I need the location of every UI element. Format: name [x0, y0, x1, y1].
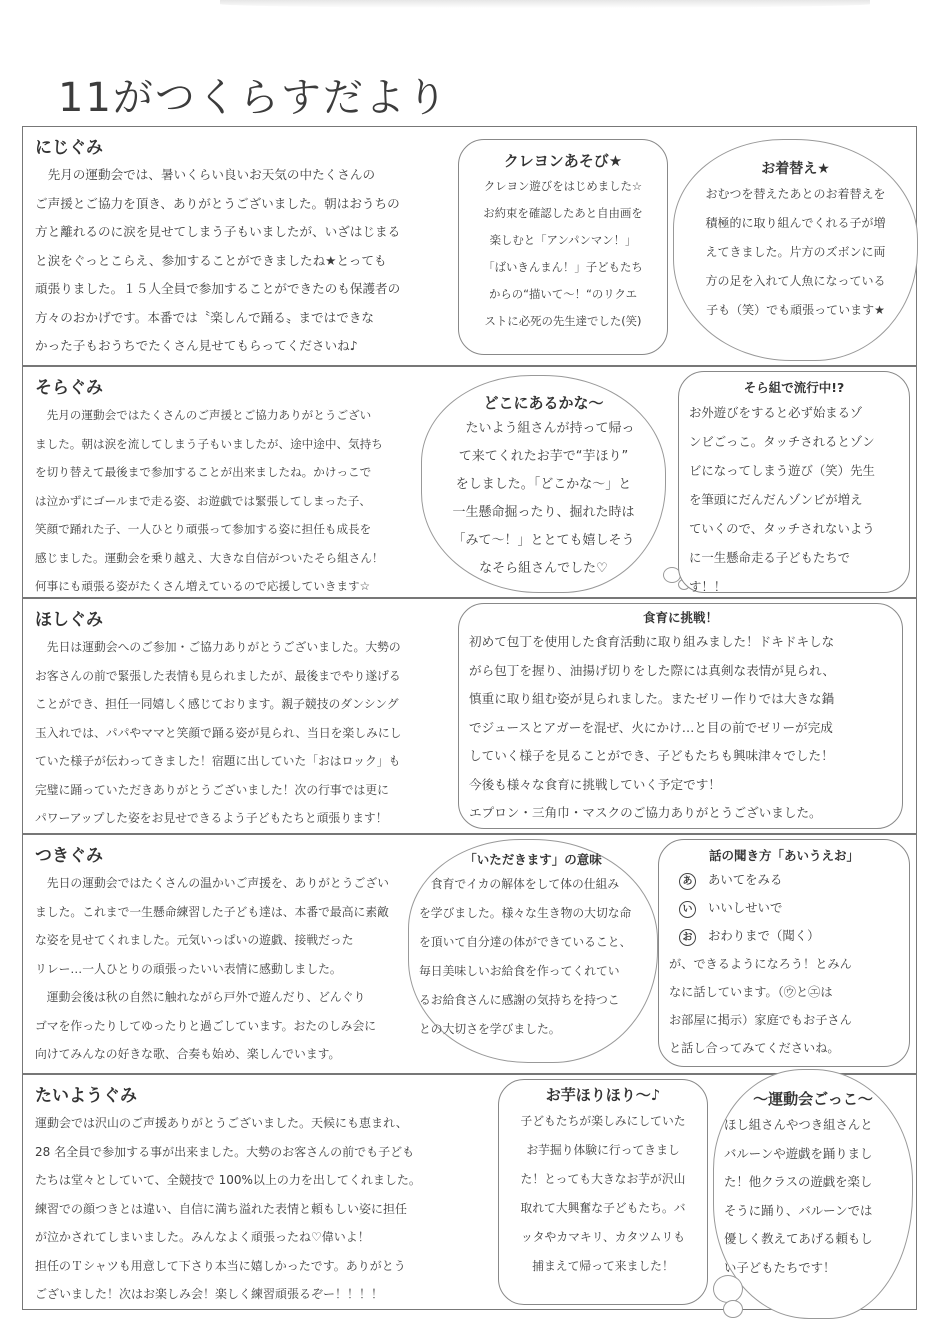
- section-body: 先月の運動会ではたくさんのご声援とご協力ありがとうござい ました。朝は涙を流して…: [35, 401, 435, 601]
- section-body: 先月の運動会では、暑いくらい良いお天気の中たくさんの ご声援とご協力を頂き、あり…: [35, 161, 465, 361]
- section-heading: たいようぐみ: [35, 1081, 137, 1106]
- undoukai-gokko-cloud: ～運動会ごっこ～ ほし組さんやつき組さんと バルーンや遊戯を踊りまし た！他クラ…: [713, 1069, 913, 1319]
- aiueo-text: おわりまで（聞く）: [708, 928, 820, 943]
- box-body: お外遊びをすると必ず始まるゾ ンビごっこ。タッチされるとゾン ビになってしまう遊…: [689, 398, 899, 601]
- box-title: ～運動会ごっこ～: [724, 1088, 902, 1109]
- dressing-cloud: お着替え★ おむつを替えたあとのお着替えを 積極的に取り組んでくれる子が増 えて…: [673, 139, 918, 361]
- section-hoshi: ほしぐみ 先日は運動会へのご参加・ご協力ありがとうございました。大勢の お客さん…: [22, 598, 917, 834]
- section-body: 運動会では沢山のご声援ありがとうございました。天候にも恵まれ、 28 名全員で参…: [35, 1109, 505, 1309]
- section-niji: にじぐみ 先月の運動会では、暑いくらい良いお天気の中たくさんの ご声援とご協力を…: [22, 126, 917, 366]
- box-title: お着替え★: [684, 158, 907, 178]
- circled-i-icon: い: [679, 901, 696, 918]
- box-title: クレヨンあそび★: [469, 150, 657, 171]
- box-title: 食育に挑戦！: [469, 608, 892, 626]
- aiueo-item: おおわりまで（聞く）: [679, 922, 899, 950]
- box-body: 食育でイカの解体をして体の仕組み を学びました。様々な生き物の大切な命 を頂いて…: [419, 870, 647, 1044]
- box-body: クレヨン遊びをはじめました☆ お約束を確認したあと自由画を 楽しむと「アンパンマ…: [469, 173, 657, 335]
- section-sora: そらぐみ 先月の運動会ではたくさんのご声援とご協力ありがとうござい ました。朝は…: [22, 366, 917, 598]
- imohori-cloud: どこにあるかな～ たいよう組さんが持って帰っ て来てくれたお芋で“芋ほり” をし…: [421, 375, 666, 593]
- aiueo-text: いいしせいで: [708, 900, 782, 915]
- aiueo-item: いいいしせいで: [679, 894, 899, 922]
- aiueo-item: ああいてをみる: [679, 866, 899, 894]
- box-body: ほし組さんやつき組さんと バルーンや遊戯を踊りまし た！他クラスの遊戯を楽し そ…: [724, 1111, 902, 1282]
- box-title: どこにあるかな～: [432, 392, 655, 413]
- section-heading: つきぐみ: [35, 841, 103, 866]
- crayon-box: クレヨンあそび★ クレヨン遊びをはじめました☆ お約束を確認したあと自由画を 楽…: [458, 139, 668, 355]
- thought-bubble: [713, 1275, 743, 1303]
- newsletter-title: 11がつくらすだより: [58, 66, 449, 123]
- zombie-box: そら組で流行中!? お外遊びをすると必ず始まるゾ ンビごっこ。タッチされるとゾン…: [678, 371, 910, 593]
- aiueo-box: 話の聞き方「あいうえお」 ああいてをみる いいいしせいで おおわりまで（聞く） …: [658, 839, 910, 1067]
- scan-shadow: [220, 0, 870, 8]
- box-body: 子どもたちが楽しみにしていた お芋掘り体験に行ってきまし た！とっても大きなお芋…: [503, 1107, 703, 1281]
- box-title: お芋ほりほり～♪: [503, 1084, 703, 1105]
- section-heading: にじぐみ: [35, 133, 103, 158]
- thought-bubble: [723, 1300, 743, 1318]
- box-body: たいよう組さんが持って帰っ て来てくれたお芋で“芋ほり” をしました。「どこかな…: [432, 415, 655, 583]
- circled-o-icon: お: [679, 929, 696, 946]
- box-title: そら組で流行中!?: [689, 378, 899, 396]
- section-tsuki: つきぐみ 先日の運動会ではたくさんの温かいご声援を、ありがとうござい ました。こ…: [22, 834, 917, 1074]
- section-heading: そらぐみ: [35, 373, 103, 398]
- box-body: 初めて包丁を使用した食育活動に取り組みました！ドキドキしな がら包丁を握り、油揚…: [469, 628, 892, 828]
- section-body: 先日は運動会へのご参加・ご協力ありがとうございました。大勢の お客さんの前で緊張…: [35, 633, 465, 833]
- section-taiyou: たいようぐみ 運動会では沢山のご声援ありがとうございました。天候にも恵まれ、 2…: [22, 1074, 917, 1310]
- aiueo-text: あいてをみる: [708, 872, 782, 887]
- box-title: 「いただきます」の意味: [419, 850, 647, 868]
- shokuiku-box: 食育に挑戦！ 初めて包丁を使用した食育活動に取り組みました！ドキドキしな がら包…: [458, 603, 903, 829]
- box-body: が、できるようになろう！とみん なに話しています。（㋒と㋓は お部屋に掲示）家庭…: [669, 950, 899, 1062]
- box-title: 話の聞き方「あいうえお」: [669, 846, 899, 864]
- section-body: 先日の運動会ではたくさんの温かいご声援を、ありがとうござい ました。これまで一生…: [35, 869, 425, 1069]
- section-heading: ほしぐみ: [35, 605, 103, 630]
- box-body: おむつを替えたあとのお着替えを 積極的に取り組んでくれる子が増 えてきました。片…: [684, 180, 907, 325]
- itadakimasu-cloud: 「いただきます」の意味 食育でイカの解体をして体の仕組み を学びました。様々な生…: [408, 839, 658, 1063]
- imohori-box: お芋ほりほり～♪ 子どもたちが楽しみにしていた お芋掘り体験に行ってきまし た！…: [498, 1079, 708, 1305]
- circled-a-icon: あ: [679, 873, 696, 890]
